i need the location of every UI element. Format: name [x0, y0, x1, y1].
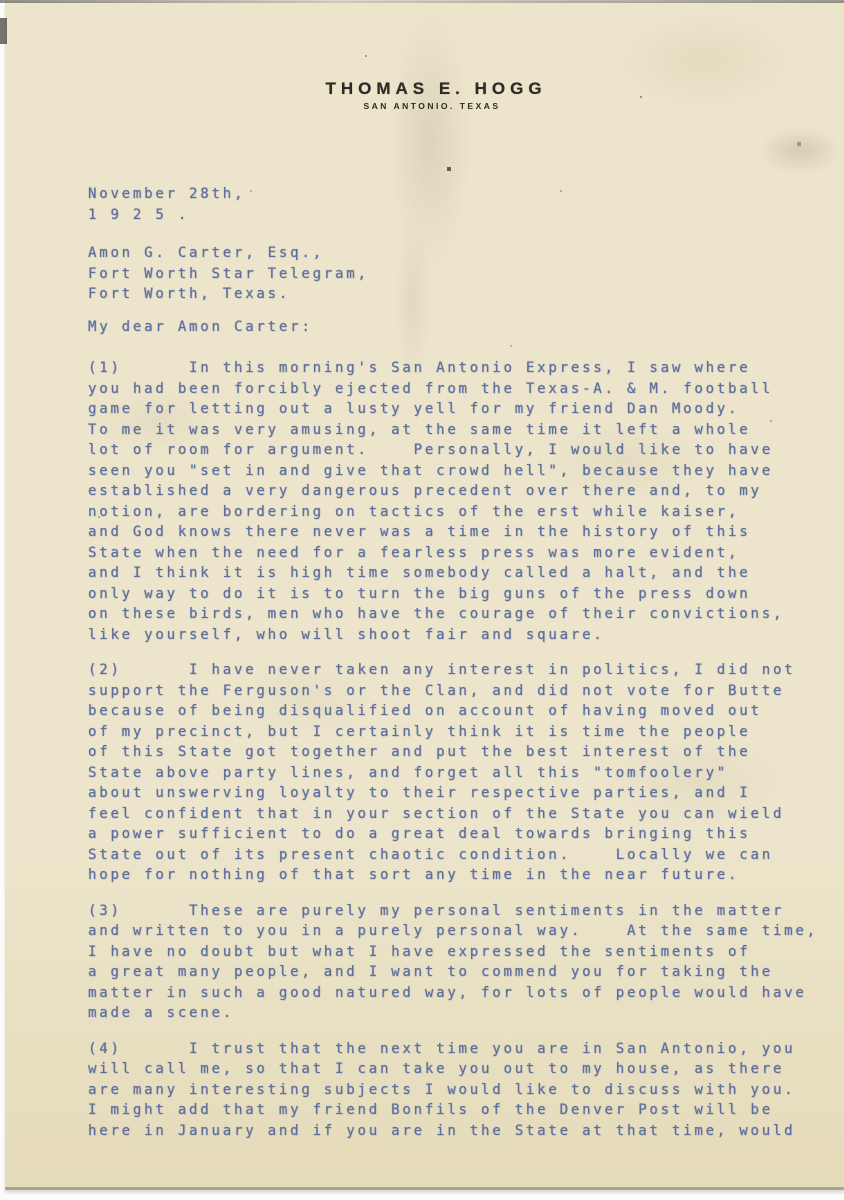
recipient-city: Fort Worth, Texas. [88, 286, 290, 302]
paragraph: (2) I have never taken any interest in p… [88, 660, 844, 886]
date-line-2: 1 9 2 5 . [88, 207, 189, 223]
paragraph: (1) In this morning's San Antonio Expres… [88, 358, 844, 645]
date-line-1: November 28th, [88, 186, 245, 202]
paragraph: (3) These are purely my personal sentime… [88, 901, 844, 1024]
letterhead-location: SAN ANTONIO. TEXAS [10, 101, 844, 111]
recipient-address: Amon G. Carter, Esq., Fort Worth Star Te… [88, 243, 369, 305]
paragraph: (4) I trust that the next time you are i… [88, 1039, 844, 1142]
date-block: November 28th, 1 9 2 5 . [88, 184, 245, 225]
letterhead: THOMAS E. HOGG SAN ANTONIO. TEXAS [0, 79, 844, 111]
paper-specks [0, 0, 2, 2]
scanned-letter: THOMAS E. HOGG SAN ANTONIO. TEXAS Novemb… [0, 0, 844, 1200]
recipient-name: Amon G. Carter, Esq., [88, 245, 324, 261]
recipient-org: Fort Worth Star Telegram, [88, 266, 369, 282]
salutation: My dear Amon Carter: [88, 317, 313, 338]
scan-edge-artifact [0, 18, 7, 44]
letterhead-name: THOMAS E. HOGG [14, 79, 844, 99]
letter-body: (1) In this morning's San Antonio Expres… [88, 358, 844, 1156]
